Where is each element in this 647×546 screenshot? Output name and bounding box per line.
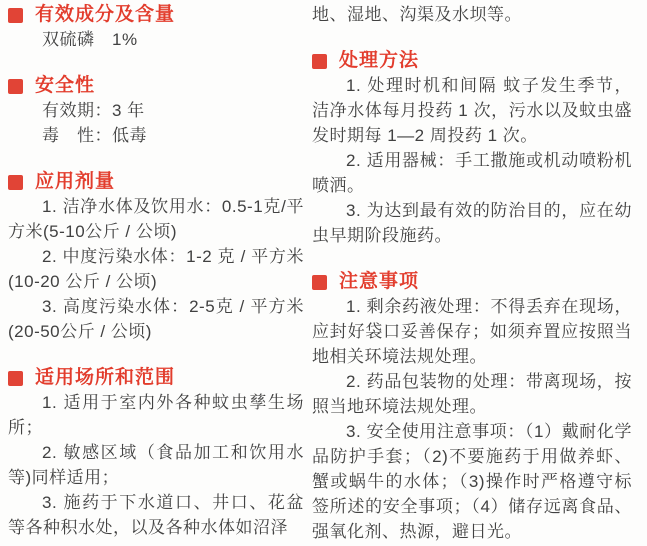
red-square-bullet-icon [312,275,327,290]
section-heading: 适用场所和范围 [8,365,304,390]
paragraph: 2. 敏感区域（食品加工和饮用水等)同样适用； [8,440,304,490]
section-heading-label: 适用场所和范围 [35,365,175,390]
paragraph: 毒 性：低毒 [8,123,304,148]
section-heading: 有效成分及含量 [8,2,304,27]
paragraph: 2. 中度污染水体：1-2 克 / 平方米(10-20 公斤 / 公顷) [8,244,304,294]
paragraph: 1. 处理时机和间隔 蚊子发生季节，洁净水体每月投药 1 次，污水以及蚊虫盛发时… [312,73,632,148]
paragraph: 1. 剩余药液处理：不得丢弃在现场，应封好袋口妥善保存；如须弃置应按照当地相关环… [312,294,632,369]
section-heading: 应用剂量 [8,169,304,194]
left-column: 有效成分及含量双硫磷 1%安全性有效期：3 年毒 性：低毒应用剂量1. 洁净水体… [8,2,304,540]
right-column: 地、湿地、沟渠及水坝等。处理方法1. 处理时机和间隔 蚊子发生季节，洁净水体每月… [312,2,632,544]
paragraph: 有效期：3 年 [8,98,304,123]
paragraph: 3. 为达到最有效的防治目的，应在幼虫早期阶段施药。 [312,198,632,248]
red-square-bullet-icon [8,175,23,190]
paragraph: 3. 施药于下水道口、井口、花盆等各种积水处，以及各种水体如沼泽 [8,490,304,540]
red-square-bullet-icon [8,371,23,386]
section-heading-label: 安全性 [35,73,95,98]
paragraph: 双硫磷 1% [8,27,304,52]
red-square-bullet-icon [312,54,327,69]
section-heading: 安全性 [8,73,304,98]
paragraph: 1. 适用于室内外各种蚊虫孳生场所； [8,390,304,440]
section-heading-label: 应用剂量 [35,169,115,194]
paragraph: 1. 洁净水体及饮用水：0.5-1克/平方米(5-10公斤 / 公顷) [8,194,304,244]
red-square-bullet-icon [8,79,23,94]
paragraph: 3. 高度污染水体：2-5克 / 平方米(20-50公斤 / 公顷) [8,294,304,344]
paragraph: 2. 适用器械：手工撒施或机动喷粉机喷洒。 [312,148,632,198]
paragraph: 地、湿地、沟渠及水坝等。 [312,2,632,27]
section-heading-label: 注意事项 [339,269,419,294]
label-document-page: 有效成分及含量双硫磷 1%安全性有效期：3 年毒 性：低毒应用剂量1. 洁净水体… [0,0,647,546]
paragraph: 2. 药品包装物的处理：带离现场，按照当地环境法规处理。 [312,369,632,419]
section-heading: 注意事项 [312,269,632,294]
section-heading: 处理方法 [312,48,632,73]
section-heading-label: 有效成分及含量 [35,2,175,27]
section-heading-label: 处理方法 [339,48,419,73]
paragraph: 3. 安全使用注意事项：（1）戴耐化学品防护手套；（2)不要施药于用做养虾、蟹或… [312,419,632,544]
red-square-bullet-icon [8,8,23,23]
